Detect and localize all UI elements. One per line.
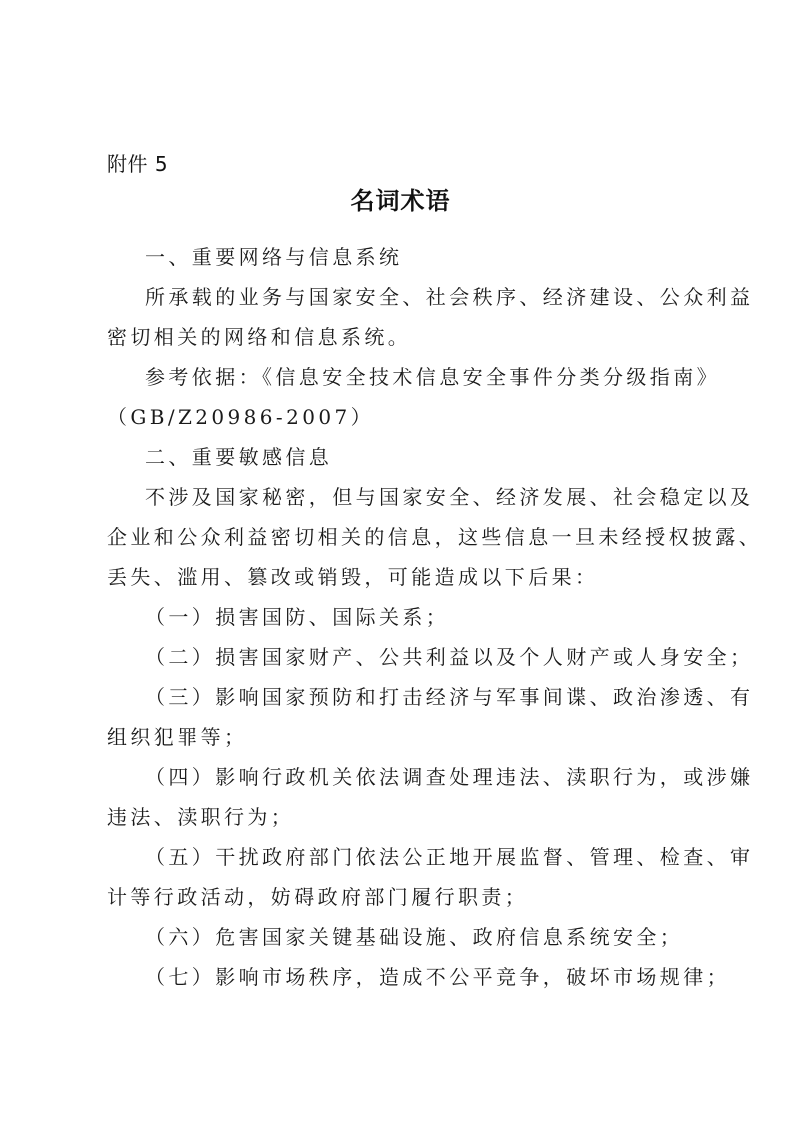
list-item: （三）影响国家预防和打击经济与军事间谍、政治渗透、有 — [145, 682, 753, 712]
paragraph-line: 不涉及国家秘密，但与国家安全、经济发展、社会稳定以及 — [145, 482, 753, 512]
paragraph-line: 密切相关的网络和信息系统。 — [107, 322, 411, 352]
list-item: （六）危害国家关键基础设施、政府信息系统安全； — [145, 922, 683, 952]
list-item-continuation: 违法、渎职行为； — [107, 802, 294, 832]
document-page: 附件 5 名词术语 一、重要网络与信息系统 所承载的业务与国家安全、社会秩序、经… — [0, 0, 793, 1122]
section-heading-2: 二、重要敏感信息 — [145, 442, 332, 472]
list-item: （四）影响行政机关依法调查处理违法、渎职行为，或涉嫌 — [145, 762, 753, 792]
list-item: （五）干扰政府部门依法公正地开展监督、管理、检查、审 — [145, 842, 753, 872]
page-title: 名词术语 — [0, 184, 793, 218]
section-heading-1: 一、重要网络与信息系统 — [145, 242, 402, 272]
list-item-continuation: 组织犯罪等； — [107, 722, 247, 752]
reference-line: （GB/Z20986-2007） — [107, 402, 374, 432]
list-item: （二）损害国家财产、公共利益以及个人财产或人身安全； — [145, 642, 753, 672]
attachment-label: 附件 5 — [107, 150, 168, 178]
paragraph-line: 所承载的业务与国家安全、社会秩序、经济建设、公众利益 — [145, 282, 753, 312]
paragraph-line: 丢失、滥用、篡改或销毁，可能造成以下后果： — [107, 562, 598, 592]
list-item: （七）影响市场秩序，造成不公平竞争，破坏市场规律； — [145, 962, 730, 992]
paragraph-line: 企业和公众利益密切相关的信息，这些信息一旦未经授权披露、 — [107, 522, 762, 552]
list-item: （一）损害国防、国际关系； — [145, 602, 449, 632]
list-item-continuation: 计等行政活动，妨碍政府部门履行职责； — [107, 882, 528, 912]
reference-line: 参考依据：《信息安全技术信息安全事件分类分级指南》 — [145, 362, 720, 392]
